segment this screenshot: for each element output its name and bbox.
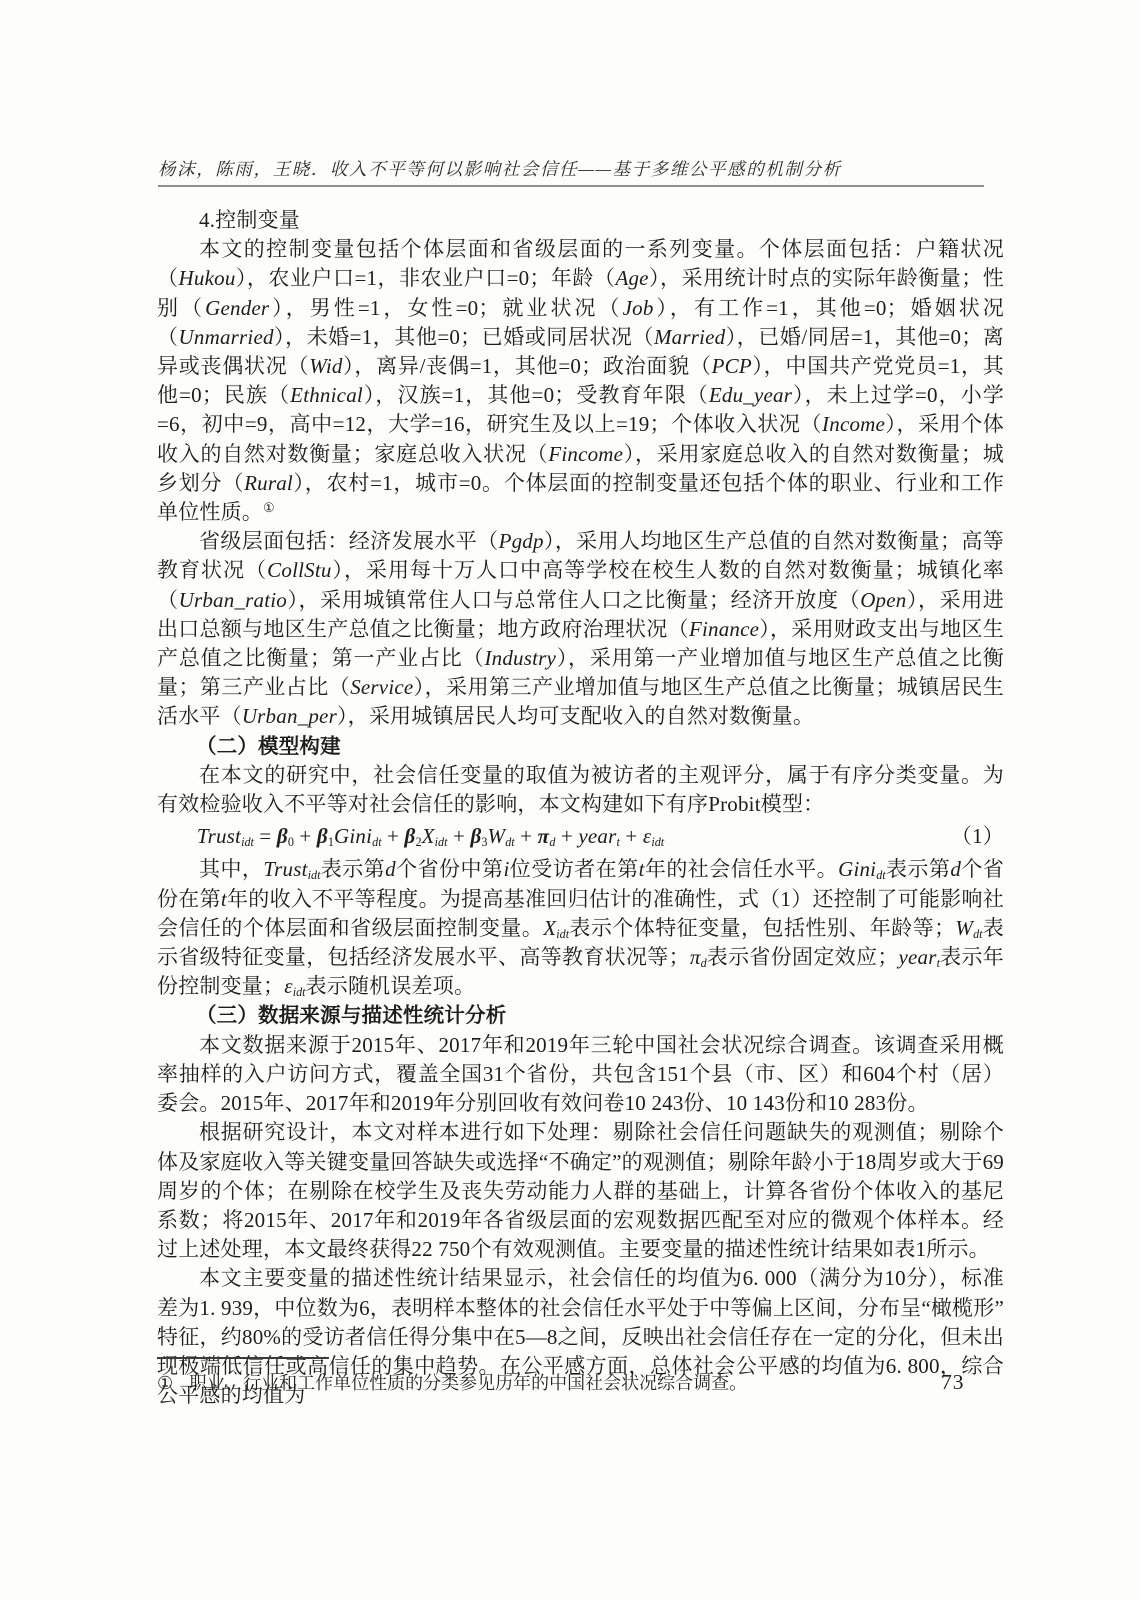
footnote-text: 职业、行业和工作单位性质的分类参见历年的中国社会状况综合调查。: [189, 1373, 747, 1393]
footnote-marker: ①: [157, 1373, 173, 1393]
article-body: 4.控制变量本文的控制变量包括个体层面和省级层面的一系列变量。个体层面包括：户籍…: [157, 206, 1004, 1410]
sub-heading: 4.控制变量: [157, 206, 1004, 235]
section-heading: （二）模型构建: [157, 732, 1004, 761]
paragraph: 省级层面包括：经济发展水平（Pgdp），采用人均地区生产总值的自然对数衡量；高等…: [157, 527, 1004, 731]
formula-number: （1）: [951, 822, 1004, 851]
formula: Trustidt = β0 + β1Ginidt + β2Xidt + β3Wd…: [157, 822, 1004, 851]
paragraph: 根据研究设计，本文对样本进行如下处理：剔除社会信任问题缺失的观测值；剔除个体及家…: [157, 1118, 1004, 1264]
section-heading: （三）数据来源与描述性统计分析: [157, 1001, 1004, 1030]
header-rule: [158, 185, 984, 187]
footnote: ①职业、行业和工作单位性质的分类参见历年的中国社会状况综合调查。: [157, 1371, 1004, 1396]
formula-expression: Trustidt = β0 + β1Ginidt + β2Xidt + β3Wd…: [197, 822, 664, 851]
paragraph: 本文的控制变量包括个体层面和省级层面的一系列变量。个体层面包括：户籍状况（Huk…: [157, 235, 1004, 527]
running-header: 杨沫，陈雨，王晓．收入不平等何以影响社会信任——基于多维公平感的机制分析: [158, 156, 988, 181]
page-number: 73: [941, 1370, 965, 1395]
paragraph: 在本文的研究中，社会信任变量的取值为被访者的主观评分，属于有序分类变量。为有效检…: [157, 761, 1004, 819]
paper-page: 杨沫，陈雨，王晓．收入不平等何以影响社会信任——基于多维公平感的机制分析 4.控…: [0, 0, 1140, 1600]
paragraph: 本文数据来源于2015年、2017年和2019年三轮中国社会状况综合调查。该调查…: [157, 1031, 1004, 1119]
footnote-rule: [157, 1357, 329, 1359]
paragraph: 其中，Trustidt表示第d个省份中第i位受访者在第t年的社会信任水平。Gin…: [157, 855, 1004, 1001]
